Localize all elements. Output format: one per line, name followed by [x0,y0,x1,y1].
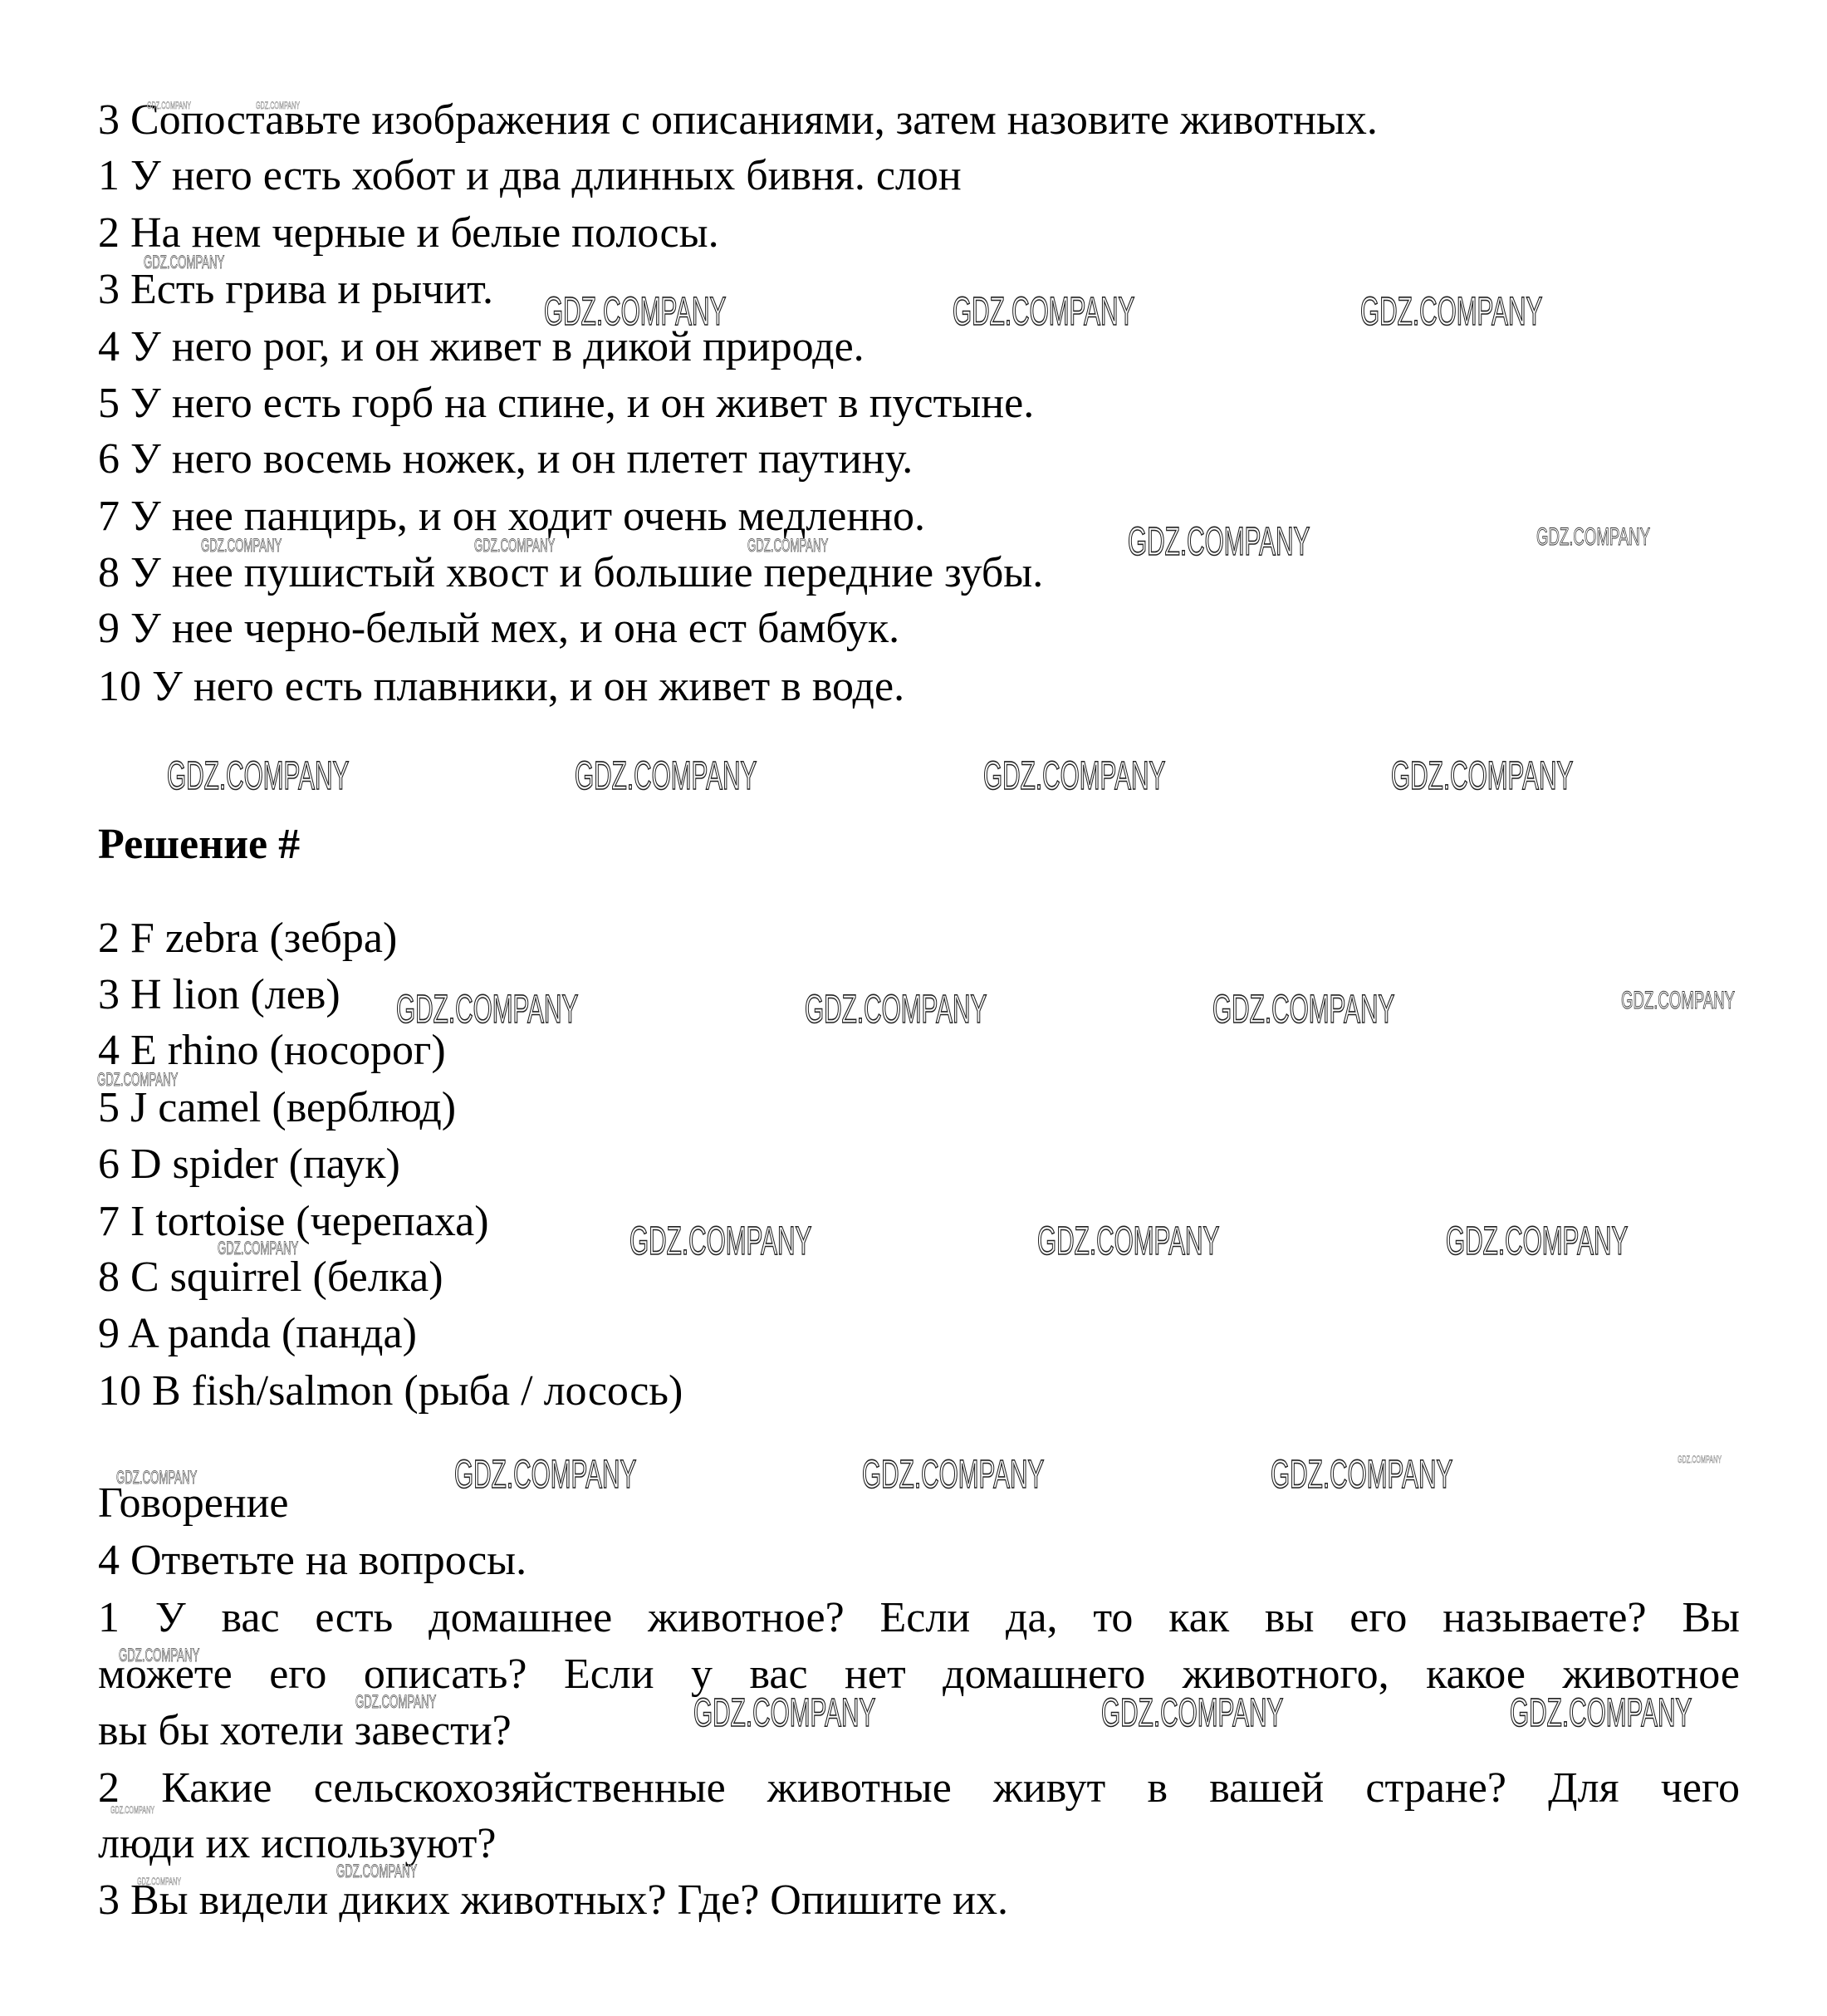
task-item-4: 4 У него рог, и он живет в дикой природе… [98,319,865,375]
watermark: GDZ.COMPANY [1212,987,1394,1033]
watermark: GDZ.COMPANY [693,1690,875,1736]
watermark: GDZ.COMPANY [256,100,300,111]
watermark: GDZ.COMPANY [1271,1452,1452,1498]
watermark: GDZ.COMPANY [218,1238,298,1259]
watermark: GDZ.COMPANY [144,252,224,273]
watermark: GDZ.COMPANY [201,535,282,557]
watermark: GDZ.COMPANY [1128,519,1310,565]
answer-6: 6 D spider (паук) [98,1136,400,1193]
watermark: GDZ.COMPANY [454,1452,636,1498]
watermark: GDZ.COMPANY [336,1861,417,1882]
watermark: GDZ.COMPANY [1037,1219,1219,1264]
task-item-9: 9 У нее черно-белый мех, и она ест бамбу… [98,601,899,657]
task-item-10: 10 У него есть плавники, и он живет в во… [98,659,904,715]
watermark: GDZ.COMPANY [1101,1690,1283,1736]
watermark: GDZ.COMPANY [1536,523,1650,552]
watermark: GDZ.COMPANY [805,987,987,1033]
watermark: GDZ.COMPANY [862,1452,1044,1498]
watermark: GDZ.COMPANY [1510,1690,1692,1736]
question-1-line-1: 1 У вас есть домашнее животное? Если да,… [98,1590,1740,1646]
watermark: GDZ.COMPANY [1360,289,1542,335]
question-1-line-3: вы бы хотели завести? [98,1703,512,1759]
question-2-line-1: 2 Какие сельскохозяйственные животные жи… [98,1760,1740,1817]
watermark: GDZ.COMPANY [747,535,828,557]
question-1-line-2: можете его описать? Если у вас нет домаш… [98,1646,1740,1703]
answer-10: 10 B fish/salmon (рыба / лосось) [98,1363,683,1420]
watermark: GDZ.COMPANY [355,1691,436,1713]
task-item-6: 6 У него восемь ножек, и он плетет паути… [98,431,913,488]
watermark: GDZ.COMPANY [110,1804,154,1816]
watermark: GDZ.COMPANY [1391,753,1573,799]
watermark: GDZ.COMPANY [983,753,1165,799]
watermark: GDZ.COMPANY [97,1069,178,1091]
watermark: GDZ.COMPANY [629,1219,811,1264]
watermark: GDZ.COMPANY [544,289,726,335]
question-2-line-2: люди их используют? [98,1816,496,1872]
watermark: GDZ.COMPANY [1621,987,1735,1015]
task-item-5: 5 У него есть горб на спине, и он живет … [98,375,1034,432]
watermark: GDZ.COMPANY [1446,1219,1628,1264]
watermark: GDZ.COMPANY [575,753,757,799]
question-3: 3 Вы видели диких животных? Где? Опишите… [98,1872,1008,1929]
task-item-1: 1 У него есть хобот и два длинных бивня.… [98,148,962,204]
watermark: GDZ.COMPANY [119,1645,199,1666]
watermark: GDZ.COMPANY [474,535,555,557]
watermark: GDZ.COMPANY [167,753,349,799]
watermark: GDZ.COMPANY [1678,1454,1722,1465]
watermark: GDZ.COMPANY [396,987,578,1033]
solution-heading: Решение # [98,817,300,873]
watermark: GDZ.COMPANY [147,100,191,111]
answer-3: 3 H lion (лев) [98,967,340,1023]
watermark: GDZ.COMPANY [116,1467,197,1489]
watermark: GDZ.COMPANY [137,1876,181,1887]
answer-2: 2 F zebra (зебра) [98,910,397,967]
speaking-task: 4 Ответьте на вопросы. [98,1533,527,1589]
answer-9: 9 A panda (панда) [98,1306,417,1362]
watermark: GDZ.COMPANY [953,289,1134,335]
